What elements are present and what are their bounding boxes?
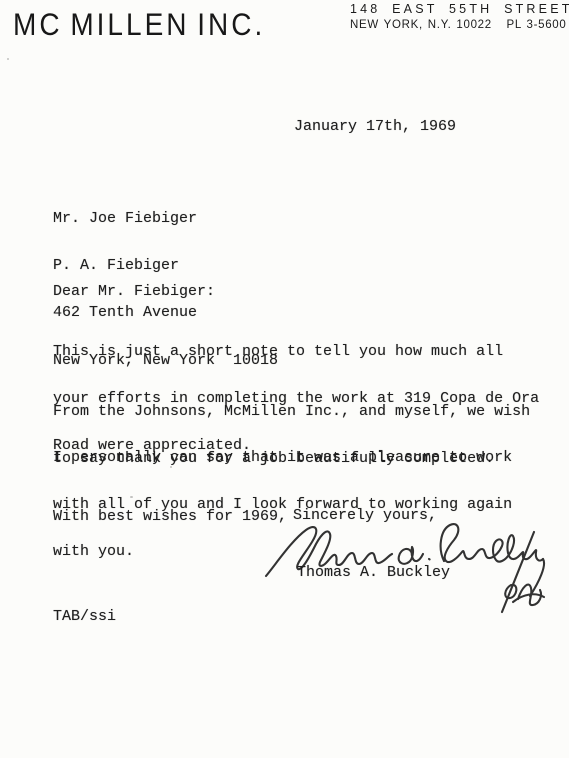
salutation: Dear Mr. Fiebiger:: [53, 284, 215, 300]
company-logo: MC MILLEN INC.: [13, 7, 265, 43]
scan-speck: [7, 58, 9, 60]
typed-signature-name: Thomas A. Buckley: [297, 565, 450, 581]
body-line: With best wishes for 1969,: [53, 509, 287, 525]
letter-page: { "page": { "paper_color": "#fcfcfa", "i…: [0, 0, 569, 758]
letterhead-street: 148 EAST 55TH STREET: [350, 2, 569, 16]
body-line: I personally can say that it was a pleas…: [53, 450, 512, 466]
body-paragraph: With best wishes for 1969,: [53, 477, 287, 540]
letterhead-address-block: 148 EAST 55TH STREET NEW YORK, N.Y. 1002…: [350, 2, 569, 31]
letter-date: January 17th, 1969: [294, 119, 456, 135]
letterhead-city-phone: NEW YORK, N.Y. 10022 PL 3-5600: [350, 19, 569, 31]
body-line: This is just a short note to tell you ho…: [53, 344, 539, 360]
scan-speck: [170, 466, 172, 468]
recipient-company: P. A. Fiebiger: [53, 258, 278, 274]
scan-speck: [130, 496, 133, 498]
recipient-name: Mr. Joe Fiebiger: [53, 211, 278, 227]
typist-reference: TAB/ssi: [53, 609, 116, 625]
